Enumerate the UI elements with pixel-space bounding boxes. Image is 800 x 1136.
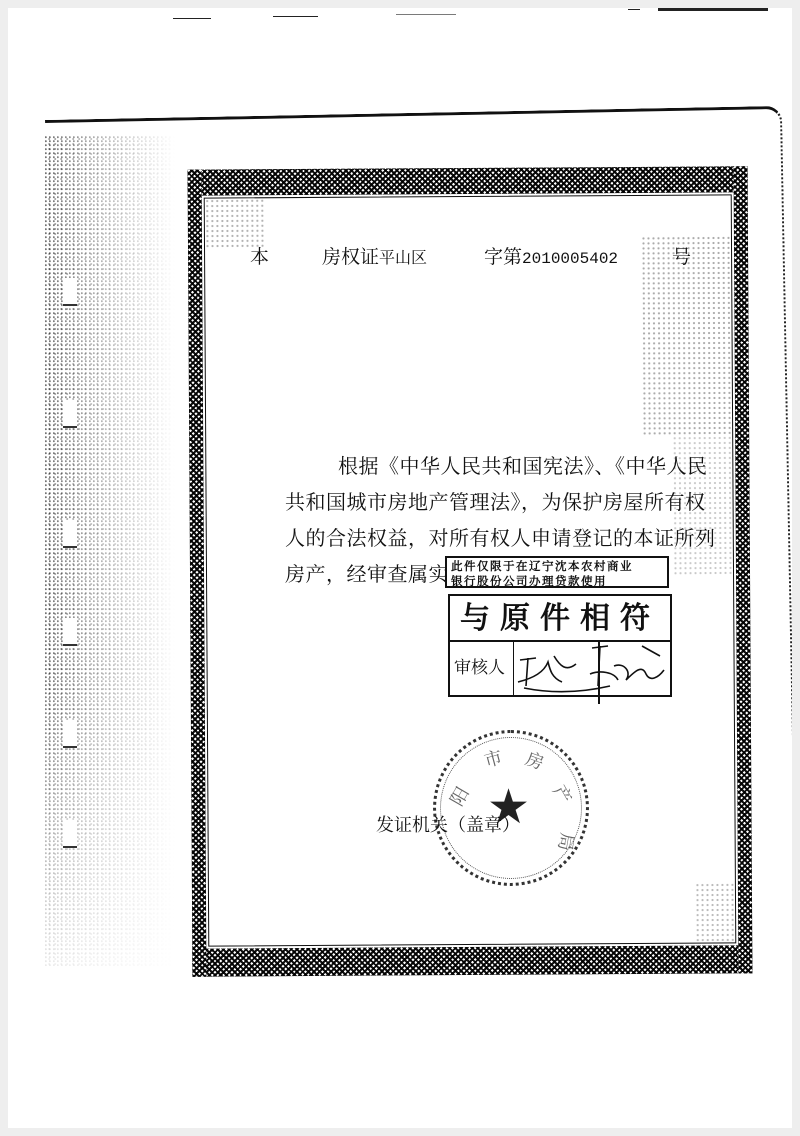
- body-line: 人的合法权益，对所有权人申请登记的本证所列: [285, 520, 705, 556]
- usage-stamp-line2: 银行股份公司办理贷款使用: [451, 574, 663, 588]
- certificate-number: 字第2010005402: [484, 242, 618, 269]
- certified-copy-stamp: 与原件相符 审核人: [448, 594, 672, 697]
- usage-restriction-stamp: 此件仅限于在辽宁沈本农村商业 银行股份公司办理贷款使用: [445, 556, 669, 588]
- binding-hole: [63, 820, 77, 848]
- binding-hole: [63, 720, 77, 748]
- scanned-page: 本 房权证平山区 字第2010005402 号 根据《中华人民共和国宪法》、《中…: [8, 8, 792, 1128]
- number-label: 字第: [484, 246, 522, 268]
- reviewer-label: 审核人: [454, 642, 514, 695]
- signature-icon: [514, 642, 670, 702]
- body-line: 根据《中华人民共和国宪法》、《中华人民: [285, 448, 705, 484]
- stamp-title: 与原件相符: [450, 596, 670, 642]
- number-value: 2010005402: [522, 250, 618, 268]
- binding-hole: [63, 520, 77, 548]
- header-prefix: 本: [250, 242, 269, 269]
- issuing-authority-label: 发证机关（盖章）: [376, 811, 520, 837]
- header-suffix: 号: [672, 242, 691, 269]
- reviewer-signature: [514, 642, 670, 695]
- certificate-type: 房权证平山区: [322, 242, 427, 269]
- body-line: 共和国城市房地产管理法》，为保护房屋所有权: [285, 484, 705, 520]
- official-seal: 阳 市 房 产 局 ★: [433, 730, 589, 886]
- usage-stamp-line1: 此件仅限于在辽宁沈本农村商业: [451, 559, 663, 574]
- binding-hole: [63, 278, 77, 306]
- district: 平山区: [379, 248, 427, 267]
- binding-hole: [63, 400, 77, 428]
- cert-type-label: 房权证: [322, 246, 379, 268]
- binding-hole: [63, 618, 77, 646]
